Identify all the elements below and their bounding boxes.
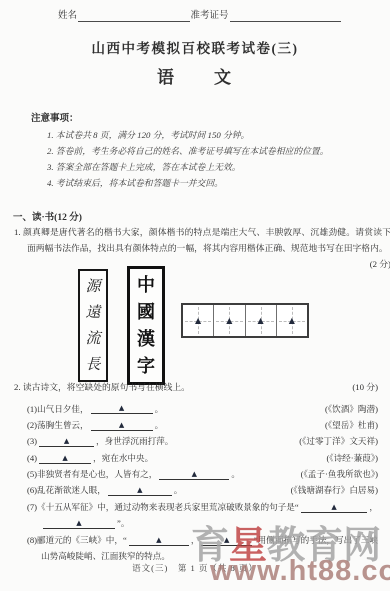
item-number: (2) [27,421,37,431]
triangle-marker-icon: ▲ [76,519,81,527]
triangle-marker-icon: ▲ [119,421,124,429]
name-fill-line [78,11,189,22]
item-post-text: 。 [174,486,183,496]
triangle-marker-icon: ▲ [62,454,67,462]
question-2-text: 读古诗文，将空缺处的原句书写在横线上。 [23,383,190,392]
notice-heading: 注意事项： [31,110,79,124]
question-1-score: (2 分) [370,256,390,272]
subject-title: 语 文 [0,63,390,88]
calligraphy-char: 字 [130,353,162,380]
fill-in-item-5: (5)非独贤者有是心也，人皆有之，▲。 (《孟子·鱼我所欲也》) [27,464,378,480]
item-source: (《诗经·蒹葭》) [326,454,378,464]
fill-in-item-1: (1)山气日夕佳，▲。 (《饮酒》陶潜) [27,398,378,414]
watermark-url: www.ht88.com [210,557,390,586]
item-post-text: 山势高峻陡峭、江面狭窄的特点。 [41,552,170,562]
answer-blank: ▲ [39,454,91,464]
item-post-text: ，身世浮沉雨打萍。 [96,437,173,447]
fill-in-item-3: (3)▲，身世浮沉雨打萍。 (《过零丁洋》文天祥) [27,431,378,447]
answer-blank: ▲ [108,486,172,496]
fill-in-item-6: (6)乱花渐欲迷人眼，▲。 (《钱塘湖春行》白居易) [27,480,378,496]
answer-blank: ▲ [39,437,94,447]
tianzige-writing-grid: ▲ ▲ ▲ ▲ [181,303,309,338]
grid-cell: ▲ [246,305,277,336]
calligraphy-char: 遠 [80,300,106,326]
calligraphy-char: 中 [130,272,162,299]
section-1-heading: 一、读·书(12 分) [13,209,82,223]
item-number: (6) [27,486,37,496]
item-number: (7) [27,503,37,513]
triangle-marker-icon: ▲ [119,404,124,412]
fill-in-item-4: (4)▲，宛在水中央。 (《诗经·蒹葭》) [27,447,378,463]
name-label: 姓名 [58,12,77,23]
item-mid-text: ， [369,503,378,513]
calligraphy-char: 源 [80,274,106,300]
item-source: (《饮酒》陶潜) [325,405,378,415]
item-source: (《过零丁洋》文天祥) [299,437,378,447]
question-2: 2. 读古诗文，将空缺处的原句书写在横线上。 (10 分) [14,383,378,392]
notice-item: 3. 答案全部在答题卡上完成，答在本试卷上无效。 [47,159,377,175]
item-post-text: 。 [231,470,240,480]
candidate-info-row: 姓名 准考证号 [58,11,342,22]
item-number: (5) [27,470,37,480]
item-post-text: 。 [155,421,164,431]
fill-in-item-7-line-1: (7)《十五从军征》中，通过动物来表现老兵家里荒凉破败景象的句子是“▲， [27,496,378,512]
question-2-number: 2. [14,383,21,392]
notice-list: 1. 本试卷共 8 页，满分 120 分，考试时间 150 分钟。 2. 答卷前… [47,127,377,191]
answer-blank: ▲ [301,503,368,513]
grid-cell: ▲ [183,305,214,336]
item-pre-text: 山气日夕佳， [37,405,89,415]
item-post-text: 。 [155,405,164,415]
triangle-marker-icon: ▲ [195,316,201,324]
item-post-text: ，宛在水中央。 [93,454,153,464]
triangle-marker-icon: ▲ [226,316,232,324]
question-1: 1. 颜真卿是唐代著名的楷书大家，颜体楷书的特点是端庄大气、丰腴敦厚、沉雄劲健。… [14,224,390,272]
grid-cell: ▲ [214,305,245,336]
triangle-marker-icon: ▲ [156,536,161,544]
item-pre-text: 荡胸生曾云， [37,421,89,431]
triangle-marker-icon: ▲ [137,486,142,494]
paper-title: 山西中考模拟百校联考试卷(三) [0,37,390,57]
answer-blank: ▲ [43,519,115,529]
question-1-number: 1. [14,227,21,237]
grid-cell: ▲ [277,305,307,336]
notice-item: 1. 本试卷共 8 页，满分 120 分，考试时间 150 分钟。 [47,127,377,143]
admission-number-label: 准考证号 [191,12,229,23]
question-1-text: 颜真卿是唐代著名的楷书大家，颜体楷书的特点是端庄大气、丰腴敦厚、沉雄劲健。请赏读… [23,227,390,253]
admission-number-fill-line [230,11,341,22]
answer-blank: ▲ [159,470,229,480]
notice-item: 4. 考试结束后，将本试卷和答题卡一并交回。 [47,175,377,191]
triangle-marker-icon: ▲ [64,437,69,445]
calligraphy-char: 長 [80,352,106,378]
exam-paper-page: 姓名 准考证号 山西中考模拟百校联考试卷(三) 语 文 注意事项： 1. 本试卷… [0,0,390,591]
calligraphy-scroll-regular-script: 中 國 漢 字 [127,266,165,385]
answer-blank: ▲ [91,404,153,414]
question-2-score: (10 分) [352,383,378,392]
triangle-marker-icon: ▲ [289,316,295,324]
calligraphy-char: 國 [130,299,162,326]
item-source: (《望岳》杜甫) [325,421,378,431]
item-pre-text: 乱花渐欲迷人眼， [37,486,106,496]
item-source: (《孟子·鱼我所欲也》) [301,470,378,480]
item-source: (《钱塘湖春行》白居易) [291,486,378,496]
answer-blank: ▲ [129,536,189,546]
item-number: (1) [27,405,37,415]
fill-in-item-2: (2)荡胸生曾云，▲。 (《望岳》杜甫) [27,414,378,430]
item-number: (3) [27,437,37,447]
calligraphy-char: 漢 [130,326,162,353]
item-pre-text: 郦道元的《三峡》中，“ [37,536,127,546]
notice-item: 2. 答卷前，考生务必将自己的姓名、准考证号填写在本试卷相应的位置。 [47,143,377,159]
triangle-marker-icon: ▲ [258,316,264,324]
calligraphy-char: 流 [80,326,106,352]
item-pre-text: 非独贤者有是心也，人皆有之， [37,470,157,480]
item-number: (8) [27,536,37,546]
item-post-text: ”。 [117,519,129,529]
answer-blank: ▲ [91,421,153,431]
item-number: (4) [27,454,37,464]
calligraphy-scroll-running-script: 源 遠 流 長 [78,269,108,382]
triangle-marker-icon: ▲ [331,503,336,511]
item-pre-text: 《十五从军征》中，通过动物来表现老兵家里荒凉破败景象的句子是“ [37,503,299,513]
triangle-marker-icon: ▲ [192,470,197,478]
